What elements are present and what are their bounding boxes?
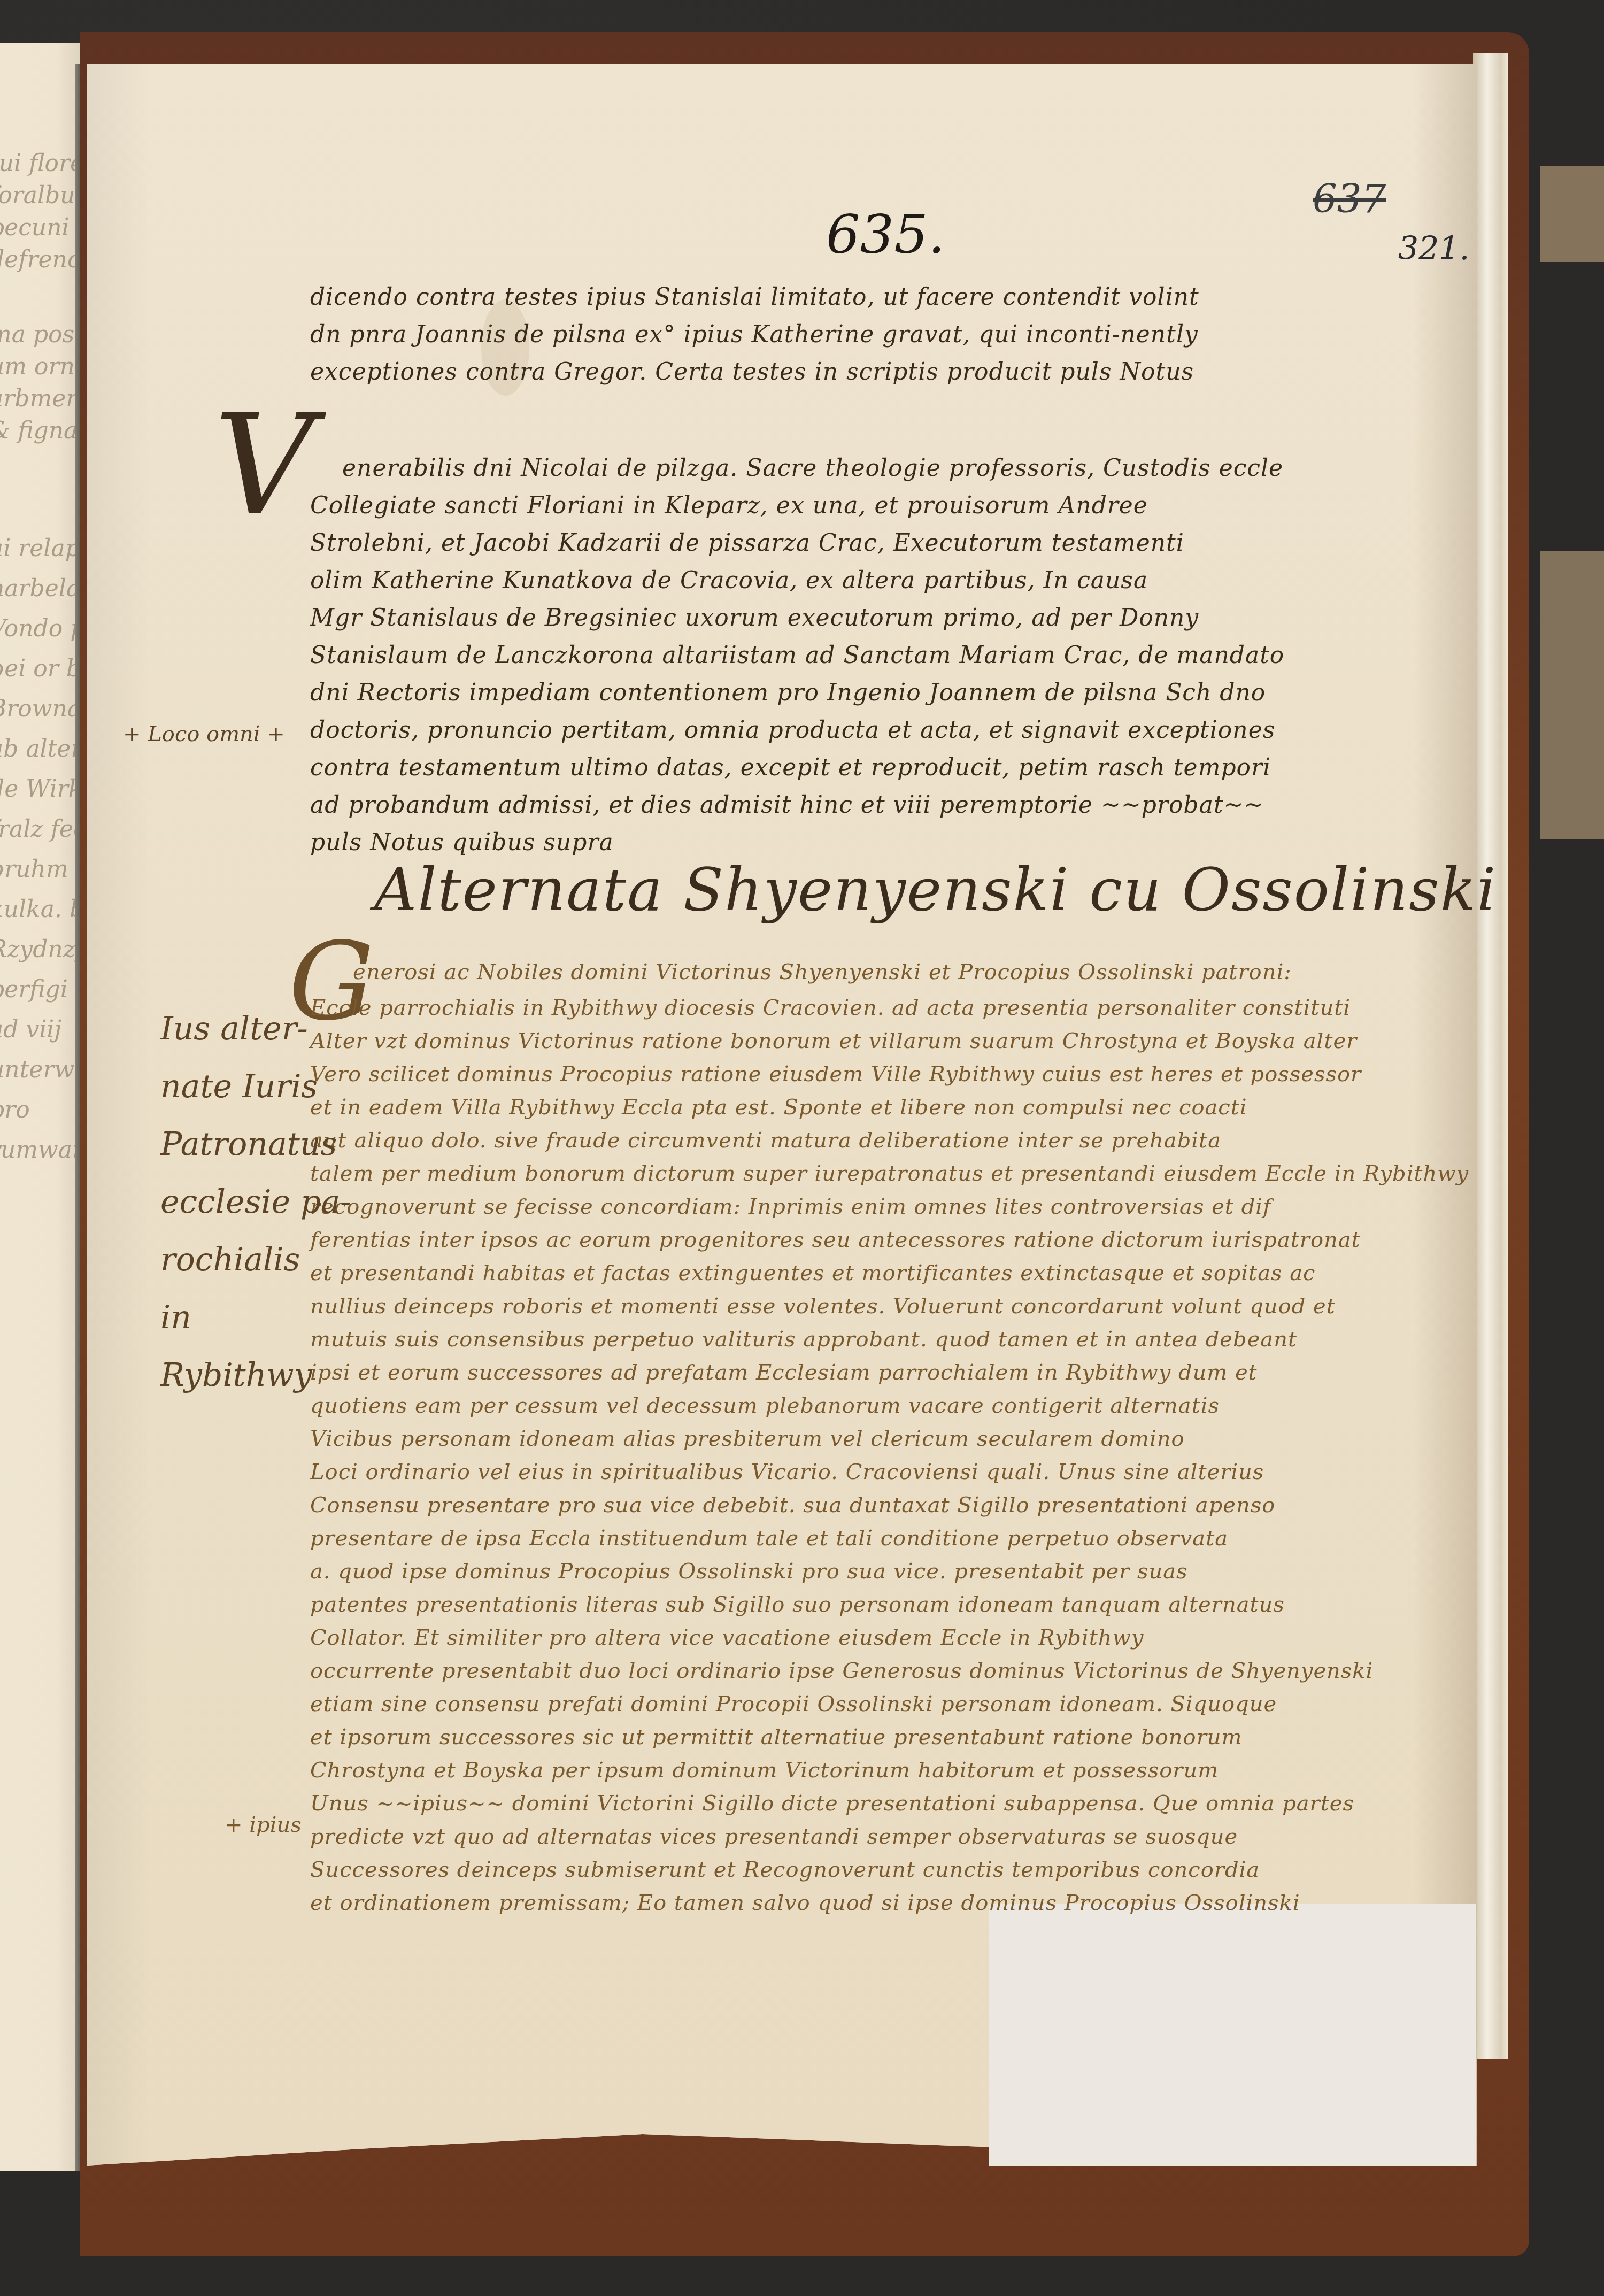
left-facing-page: tui florenozforalbus Schodmipecuni narra… (0, 43, 80, 2171)
text-line: doctoris, pronuncio pertitam, omnia prod… (310, 716, 1275, 744)
text-line: ad probandum admissi, et dies admisit hi… (310, 791, 1264, 819)
text-line: mutuis suis consensibus perpetuo valitur… (310, 1327, 1297, 1352)
text-line: Successores deinceps submiserunt et Reco… (310, 1858, 1260, 1882)
left-page-fragment: ma post (0, 321, 80, 348)
text-line: Collegiate sancti Floriani in Kleparz, e… (310, 492, 1148, 519)
text-line: talem per medium bonorum dictorum super … (310, 1161, 1469, 1186)
left-page-fragment: narbeland. pub (0, 575, 80, 602)
left-page-fragment: ai relaps (0, 535, 80, 562)
text-line: Eccle parrochialis in Rybithwy diocesis … (310, 996, 1351, 1020)
text-line: et in eadem Villa Rybithwy Eccla pta est… (310, 1095, 1247, 1120)
clasp-strap-top (1540, 166, 1604, 262)
text-line: Unus ~~ipius~~ domini Victorini Sigillo … (310, 1791, 1354, 1816)
text-line: aut aliquo dolo. sive fraude circumventi… (310, 1128, 1221, 1153)
left-page-fragment: ab alter, (0, 735, 80, 762)
struck-pencil-number: 637 (1313, 176, 1386, 221)
text-line: exceptiones contra Gregor. Certa testes … (310, 358, 1194, 386)
left-page-fragment: & fignantex (0, 417, 80, 444)
left-page-fragment: bei or brad: (0, 655, 80, 682)
margin-note-ius-alternate: Ius alter-nate IurisPatronatusecclesie p… (160, 1000, 351, 1404)
left-page-fragment: pecuni narrant (0, 214, 80, 241)
margin-insertion-note: + ipius (225, 1813, 302, 1837)
left-page-fragment: arbmeno tree (0, 385, 80, 412)
text-line: a. quod ipse dominus Procopius Ossolinsk… (310, 1559, 1188, 1584)
text-line: Vicibus personam idoneam alias presbiter… (310, 1427, 1185, 1451)
text-line: nullius deinceps roboris et momenti esse… (310, 1294, 1336, 1319)
left-page-fragment: tui florenoz (0, 150, 80, 177)
text-line: contra testamentum ultimo datas, excepit… (310, 754, 1271, 781)
text-line: Loci ordinario vel eius in spiritualibus… (310, 1460, 1264, 1484)
text-line: predicte vzt quo ad alternatas vices pre… (310, 1824, 1238, 1849)
text-line: Collator. Et similiter pro altera vice v… (310, 1625, 1144, 1650)
text-line: dni Rectoris impediam contentionem pro I… (310, 679, 1266, 706)
text-line: occurrente presentabit duo loci ordinari… (310, 1659, 1373, 1683)
text-line: Stanislaum de Lanczkorona altariistam ad… (310, 642, 1284, 669)
text-line: dicendo contra testes ipius Stanislai li… (310, 283, 1199, 311)
margin-note-line: rochialis (160, 1231, 351, 1289)
text-line: Mgr Stanislaus de Bregsiniec uxorum exec… (310, 604, 1199, 631)
margin-note-line: Rybithwy (160, 1346, 351, 1404)
text-line: quotiens eam per cessum vel decessum ple… (310, 1393, 1220, 1418)
left-page-fragment: unterwey d (0, 1056, 80, 1083)
left-page-fragment: defrench. pub (0, 246, 80, 273)
pencil-folio-number: 321. (1398, 230, 1470, 267)
text-line: recognoverunt se fecisse concordiam: Inp… (310, 1195, 1271, 1219)
text-line: Chrostyna et Boyska per ipsum dominum Vi… (310, 1758, 1219, 1783)
text-line: ipsi et eorum successores ad prefatam Ec… (310, 1360, 1258, 1385)
text-line: enerabilis dni Nicolai de pilzga. Sacre … (342, 454, 1283, 482)
text-line: et ordinationem premissam; Eo tamen salv… (310, 1891, 1300, 1915)
left-page-fragment: foralbus Schodmi (0, 182, 80, 209)
margin-note-line: nate Iuris (160, 1058, 351, 1115)
left-page-fragment: Rzydnzy: (0, 936, 80, 963)
margin-note-loco-omni: + Loco omni + (123, 722, 285, 746)
text-line: Vero scilicet dominus Procopius ratione … (310, 1062, 1361, 1087)
entry-heading: Alternata Shyenyenski cu Ossolinski (374, 856, 1497, 924)
decorated-initial-v: V (214, 385, 314, 546)
text-line: puls Notus quibus supra (310, 829, 614, 856)
margin-note-line: ecclesie pa- (160, 1173, 351, 1231)
conservation-paper-patch (989, 1904, 1476, 2166)
text-line: etiam sine consensu prefati domini Proco… (310, 1692, 1277, 1716)
left-page-fragment: pro (0, 1096, 30, 1123)
margin-note-line: Patronatus (160, 1115, 351, 1173)
text-line: patentes presentationis literas sub Sigi… (310, 1592, 1285, 1617)
left-page-fragment: Vondo pub (0, 615, 80, 642)
left-page-fragment: de Wirklugka (0, 775, 80, 803)
text-line: enerosi ac Nobiles domini Victorinus Shy… (353, 960, 1292, 984)
left-page-fragment: kulka. bella (0, 896, 80, 923)
ink-page-number: 635. (826, 203, 945, 266)
left-page-fragment: um ornaletoz (0, 353, 80, 380)
text-line: Alter vzt dominus Victorinus ratione bon… (310, 1029, 1357, 1053)
text-line: Strolebni, et Jacobi Kadzarii de pissarz… (310, 529, 1184, 557)
text-line: dn pnra Joannis de pilsna ex° ipius Kath… (310, 321, 1198, 348)
text-line: et presentandi habitas et factas extingu… (310, 1261, 1316, 1285)
text-line: ferentias inter ipsos ac eorum progenito… (310, 1228, 1361, 1252)
left-page-fragment: ad viij (0, 1016, 61, 1043)
left-page-fragment: bruhm ungz (0, 856, 80, 883)
text-line: et ipsorum successores sic ut permittit … (310, 1725, 1243, 1750)
left-page-fragment: fralz fecit; (0, 815, 80, 843)
left-page-fragment: rumware (0, 1136, 80, 1164)
clasp-strap-middle (1540, 551, 1604, 839)
text-line: olim Katherine Kunatkova de Cracovia, ex… (310, 567, 1148, 594)
text-line: presentare de ipsa Eccla instituendum ta… (310, 1526, 1228, 1551)
margin-note-line: Ius alter- (160, 1000, 351, 1058)
left-page-fragment: perfigi (0, 976, 68, 1003)
margin-note-line: in (160, 1289, 351, 1346)
page-fore-edge (1473, 53, 1508, 2059)
left-page-fragment: Brownach (0, 695, 80, 722)
text-line: Consensu presentare pro sua vice debebit… (310, 1493, 1275, 1517)
